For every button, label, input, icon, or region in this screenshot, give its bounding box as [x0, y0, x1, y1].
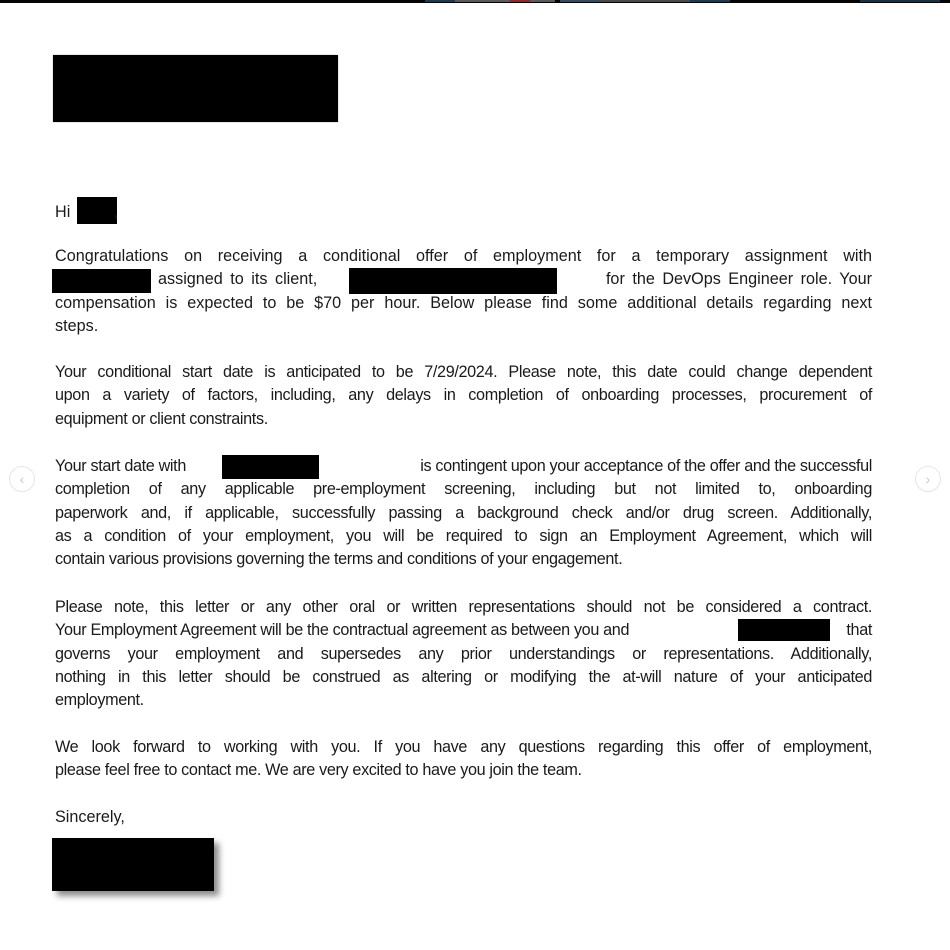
previous-page-button[interactable]: ‹ [9, 466, 35, 492]
paragraph-not-contract: Please note, this letter or any other or… [55, 596, 872, 712]
p3-line3: paperwork and, if applicable, successful… [55, 502, 872, 525]
p1-line2-text-a: assigned to its client, [158, 268, 317, 291]
chevron-left-icon: ‹ [20, 471, 25, 487]
greeting-line: Hi , [55, 197, 118, 224]
paragraph-start-date: Your conditional start date is anticipat… [55, 361, 872, 431]
paragraph-closing-remarks: We look forward to working with you. If … [55, 736, 872, 783]
redacted-agency-name [52, 269, 151, 293]
p4-line1: Please note, this letter or any other or… [55, 596, 872, 619]
closing-sincerely: Sincerely, [55, 806, 872, 829]
redacted-client-name [349, 268, 557, 294]
p3-line1-text-b: is contingent upon your acceptance of th… [420, 455, 872, 478]
p4-line3: governs your employment and supersedes a… [55, 643, 872, 666]
p2-line1: Your conditional start date is anticipat… [55, 361, 872, 384]
redacted-company-name-2 [738, 619, 830, 641]
p5-line2: please feel free to contact me. We are v… [55, 759, 872, 782]
top-edge-strip [0, 0, 950, 3]
p2-line3: equipment or client constraints. [55, 408, 872, 431]
p1-line3: compensation is expected to be $70 per h… [55, 292, 872, 315]
p1-line2-text-b: for the DevOps Engineer role. Your [606, 268, 872, 291]
p3-line1: Your start date with is contingent upon … [55, 455, 872, 478]
p1-line4: steps. [55, 315, 872, 338]
p4-line4: nothing in this letter should be constru… [55, 666, 872, 689]
p3-line4: as a condition of your employment, you w… [55, 525, 872, 548]
greeting-salutation: Hi [55, 203, 70, 221]
p3-line5: contain various provisions governing the… [55, 548, 872, 571]
greeting-comma: , [114, 203, 119, 221]
next-page-button[interactable]: › [915, 466, 941, 492]
paragraph-offer: Congratulations on receiving a condition… [55, 245, 872, 338]
redacted-company-name [222, 455, 319, 479]
p2-line2: upon a variety of factors, including, an… [55, 384, 872, 407]
redacted-signature [52, 838, 214, 891]
redacted-recipient-name [77, 197, 117, 224]
p1-line2: assigned to its client, for the DevOps E… [55, 268, 872, 291]
chevron-right-icon: › [926, 471, 931, 487]
p3-line1-text-a: Your start date with [55, 455, 186, 478]
p4-line5: employment. [55, 689, 872, 712]
p1-line1: Congratulations on receiving a condition… [55, 245, 872, 268]
p4-line2: Your Employment Agreement will be the co… [55, 619, 872, 642]
p4-line2-text-a: Your Employment Agreement will be the co… [55, 619, 629, 642]
closing-section: Sincerely, [55, 806, 872, 829]
p5-line1: We look forward to working with you. If … [55, 736, 872, 759]
paragraph-contingency: Your start date with is contingent upon … [55, 455, 872, 571]
p3-line2: completion of any applicable pre-employm… [55, 478, 872, 501]
redacted-company-logo [53, 55, 338, 122]
p4-line2-text-b: that [846, 619, 872, 642]
